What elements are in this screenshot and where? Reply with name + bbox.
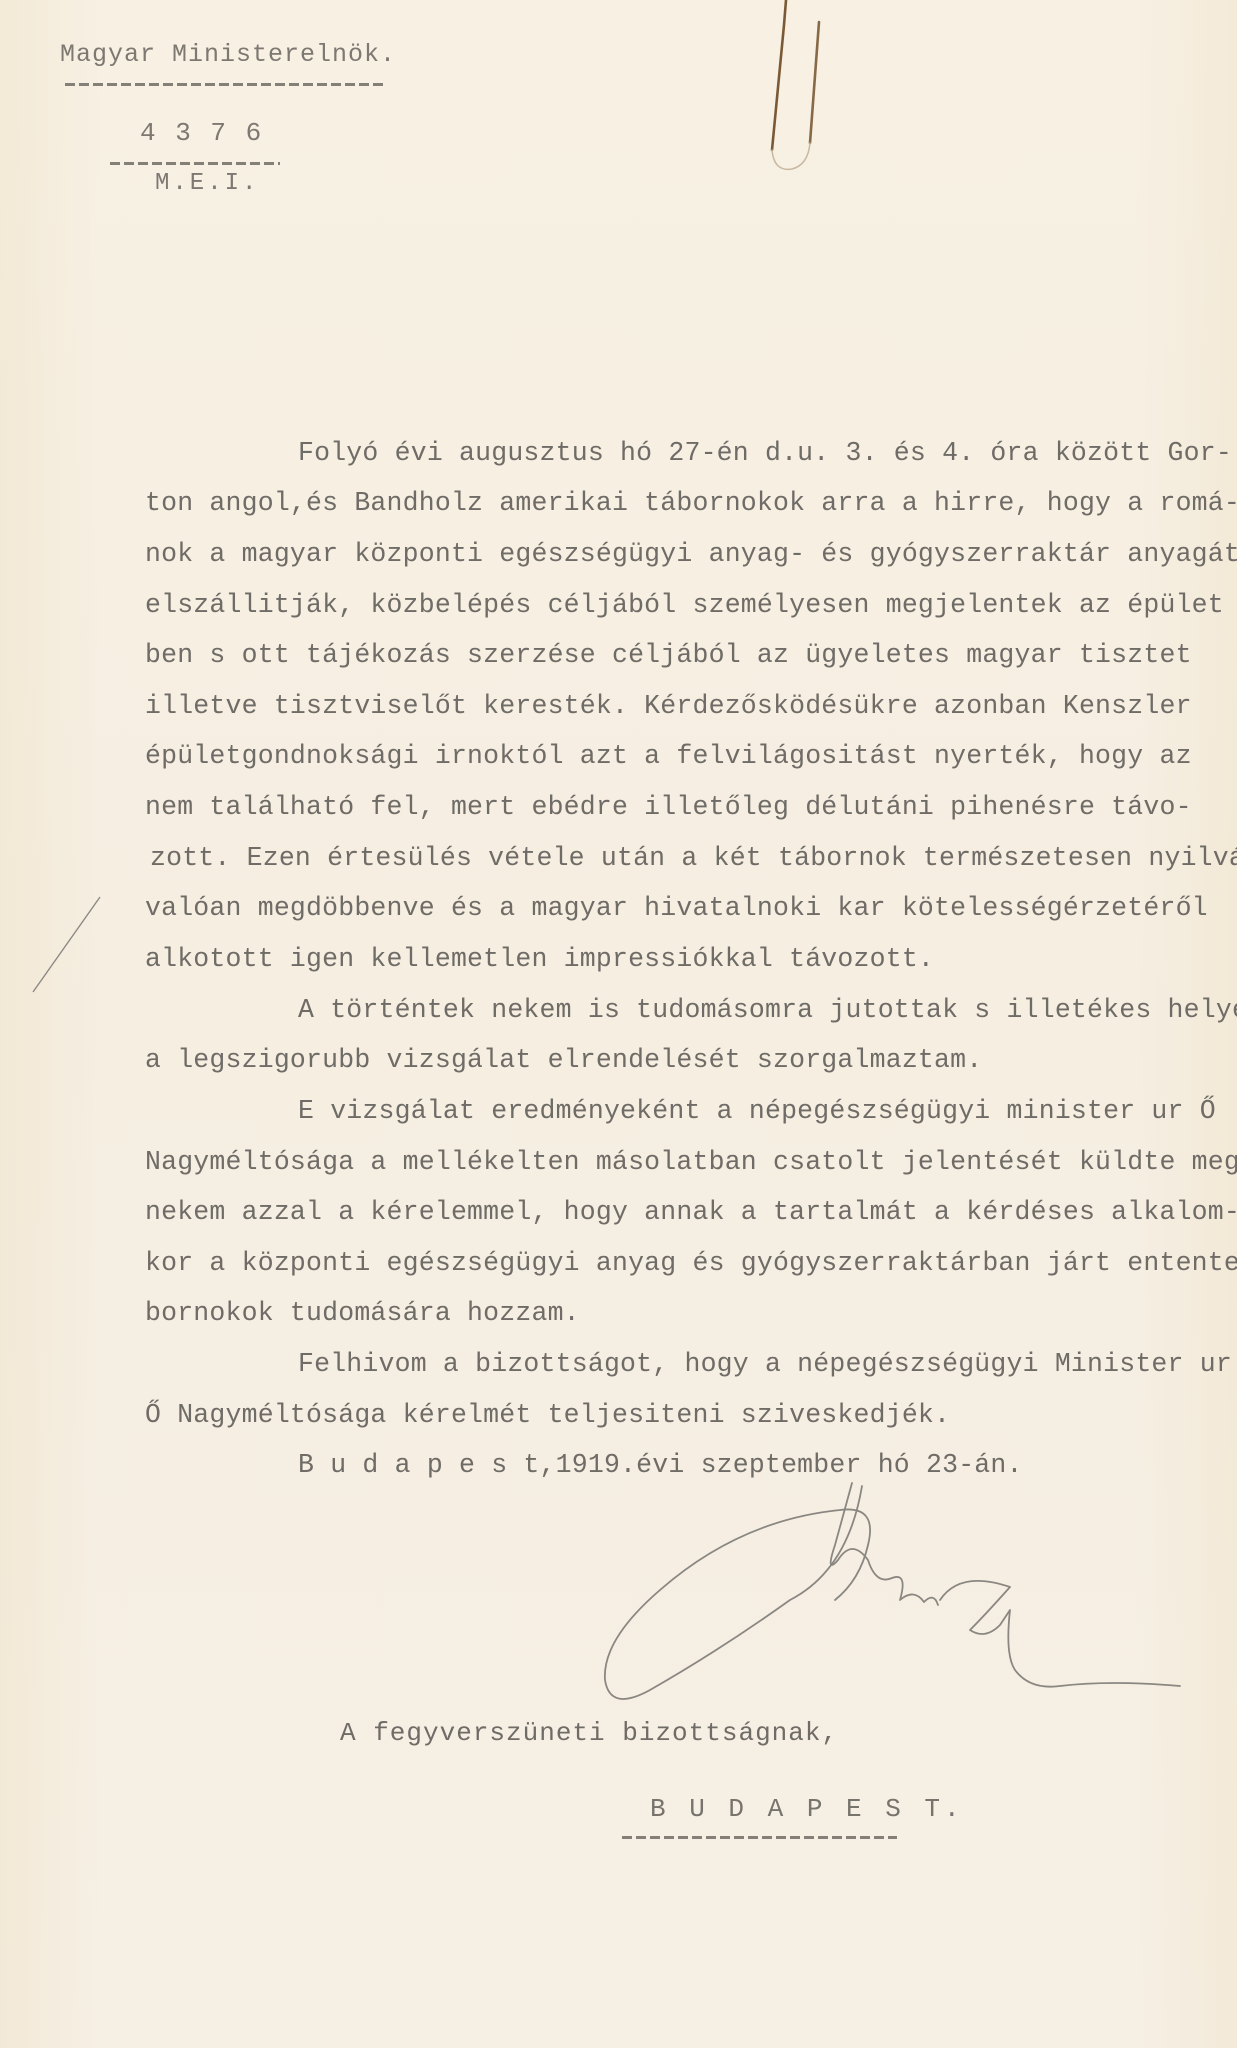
document-page: { "header": { "office": "Magyar Minister…: [0, 0, 1237, 2048]
pencil-margin-mark-icon: [33, 897, 100, 992]
signature-icon: [605, 1483, 1180, 1699]
annotations-layer: [0, 0, 1237, 2048]
paperclip-icon: [772, 0, 819, 169]
